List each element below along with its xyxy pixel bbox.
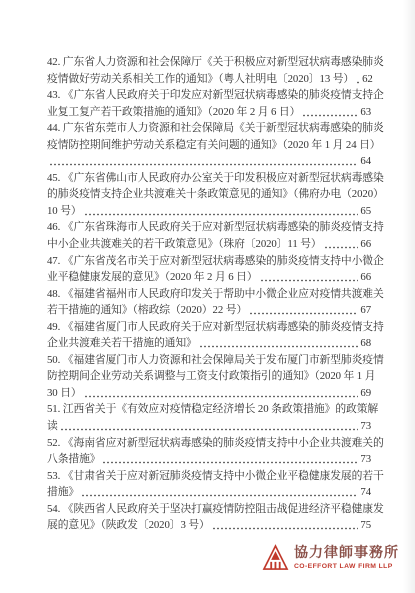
toc-line: 展的意见》（陕政发〔2020〕3 号）75 <box>47 517 371 534</box>
dot-leader <box>84 203 359 216</box>
page-number: 62 <box>362 71 373 88</box>
toc-line: 50. 《福建省厦门市人力资源和社会保障局关于发布厦门市新型肺炎疫情 <box>47 352 371 369</box>
dot-leader <box>302 104 358 117</box>
toc-line: 业复工复产若干政策措施的通知》（2020 年 2 月 6 日）63 <box>47 104 371 121</box>
page-number: 73 <box>360 451 371 468</box>
toc-line: 业平稳健康发展的意见》（2020 年 2 月 6 日）66 <box>47 269 371 286</box>
toc-line: 中小企业共渡难关的若干政策意见》（珠府〔2020〕11 号）66 <box>47 236 371 253</box>
toc-line: 30 日）69 <box>47 385 371 402</box>
toc-entry-text: 企业共渡难关若干措施的通知》 <box>47 335 197 352</box>
toc-entry-text: 47. 《广东省茂名市关于应对新型冠状病毒感染的肺炎疫情支持中小微企 <box>47 253 384 270</box>
document-page: 42. 广东省人力资源和社会保障厅《关于积极应对新型冠状病毒感染肺炎疫情做好劳动… <box>0 0 415 593</box>
toc-entry-text: 防控期间企业劳动关系调整与工资支付政策指引的通知》（2020 年 1 月 <box>47 368 375 385</box>
toc-entry-text: 读 <box>47 418 58 435</box>
toc-entry-text: 46. 《广东省珠海市人民政府关于应对新型冠状病毒感染的肺炎疫情支持 <box>47 219 384 236</box>
page-number: 65 <box>360 203 371 220</box>
dot-leader <box>84 385 359 398</box>
toc-line: 的肺炎疫情支持企业共渡难关十条政策意见的通知》（佛府办电（2020） <box>47 186 371 203</box>
toc-entry-text: 中小企业共渡难关的若干政策意见》（珠府〔2020〕11 号） <box>47 236 322 253</box>
page-number: 66 <box>360 269 371 286</box>
page-number: 69 <box>360 385 371 402</box>
toc-entry-text: 业复工复产若干政策措施的通知》（2020 年 2 月 6 日） <box>47 104 300 121</box>
toc-line: 54. 《陕西省人民政府关于坚决打赢疫情防控阻击战促进经济平稳健康发 <box>47 501 371 518</box>
dot-leader <box>324 236 359 249</box>
law-firm-logo: 協力律師事務所 CO-EFFORT LAW FIRM LLP <box>262 544 399 572</box>
toc-line: 52. 《海南省应对新型冠状病毒感染的肺炎疫情支持中小企业共渡难关的 <box>47 435 371 452</box>
dot-leader <box>260 269 359 282</box>
toc-entry-text: 八条措施》 <box>47 451 100 468</box>
toc-entry-text: 54. 《陕西省人民政府关于坚决打赢疫情防控阻击战促进经济平稳健康发 <box>47 501 384 518</box>
law-firm-name-en: CO-EFFORT LAW FIRM LLP <box>294 562 399 571</box>
toc-line: 10 号）65 <box>47 203 371 220</box>
toc-entry-text: 业平稳健康发展的意见》（2020 年 2 月 6 日） <box>47 269 258 286</box>
toc-entry-text: 51. 江西省关于《有效应对疫情稳定经济增长 20 条政策措施》的政策解 <box>47 401 378 418</box>
toc-line: 46. 《广东省珠海市人民政府关于应对新型冠状病毒感染的肺炎疫情支持 <box>47 219 371 236</box>
toc-entry-text: 52. 《海南省应对新型冠状病毒感染的肺炎疫情支持中小企业共渡难关的 <box>47 435 384 452</box>
toc-entry-text: 53. 《甘肃省关于应对新冠肺炎疫情支持中小微企业平稳健康发展的若干 <box>47 468 384 485</box>
dot-leader <box>81 484 358 497</box>
page-number: 75 <box>360 517 371 534</box>
dot-leader <box>356 71 360 84</box>
toc-line: 45. 《广东省佛山市人民政府办公室关于印发积极应对新型冠状病毒感染 <box>47 170 371 187</box>
toc-line: 措施》74 <box>47 484 371 501</box>
toc-entry-text: 42. 广东省人力资源和社会保障厅《关于积极应对新型冠状病毒感染肺炎 <box>47 54 384 71</box>
dot-leader <box>199 335 359 348</box>
toc-line: 48. 《福建省福州市人民政府印发关于帮助中小微企业应对疫情共渡难关 <box>47 286 371 303</box>
dot-leader <box>102 451 358 464</box>
dot-leader <box>249 302 358 315</box>
toc-line: 企业共渡难关若干措施的通知》68 <box>47 335 371 352</box>
page-number: 67 <box>360 302 371 319</box>
toc-entry-text: 45. 《广东省佛山市人民政府办公室关于印发积极应对新型冠状病毒感染 <box>47 170 384 187</box>
toc-entry-text: 48. 《福建省福州市人民政府印发关于帮助中小微企业应对疫情共渡难关 <box>47 286 384 303</box>
dot-leader <box>60 418 359 431</box>
page-number: 63 <box>360 104 371 121</box>
toc-entry-text: 的肺炎疫情支持企业共渡难关十条政策意见的通知》（佛府办电（2020） <box>47 186 384 203</box>
toc-entry-text: 50. 《福建省厦门市人力资源和社会保障局关于发布厦门市新型肺炎疫情 <box>47 352 384 369</box>
toc-line: 44. 广东省东莞市人力资源和社会保障局《关于新型冠状病毒感染的肺炎 <box>47 120 371 137</box>
toc-line: 51. 江西省关于《有效应对疫情稳定经济增长 20 条政策措施》的政策解 <box>47 401 371 418</box>
toc-line: 49. 《福建省厦门市人民政府关于应对新型冠状病毒感染的肺炎疫情支持 <box>47 319 371 336</box>
toc-line: 疫情防控期间维护劳动关系稳定有关问题的通知》（2020 年 1 月 24 日） <box>47 137 371 154</box>
toc-line: 47. 《广东省茂名市关于应对新型冠状病毒感染的肺炎疫情支持中小微企 <box>47 253 371 270</box>
toc-entry-text: 43. 《广东省人民政府关于印发应对新型冠状病毒感染的肺炎疫情支持企 <box>47 87 384 104</box>
page-number: 74 <box>360 484 371 501</box>
page-number: 68 <box>360 335 371 352</box>
toc-line: 53. 《甘肃省关于应对新冠肺炎疫情支持中小微企业平稳健康发展的若干 <box>47 468 371 485</box>
toc-entry-text: 展的意见》（陕政发〔2020〕3 号） <box>47 517 210 534</box>
toc-line: 防控期间企业劳动关系调整与工资支付政策指引的通知》（2020 年 1 月 <box>47 368 371 385</box>
toc-entry-text: 30 日） <box>47 385 82 402</box>
toc-line: 疫情做好劳动关系相关工作的通知》（粤人社明电〔2020〕13 号）62 <box>47 71 371 88</box>
page-number: 64 <box>360 153 371 170</box>
toc-line: 43. 《广东省人民政府关于印发应对新型冠状病毒感染的肺炎疫情支持企 <box>47 87 371 104</box>
toc-entry-text: 44. 广东省东莞市人力资源和社会保障局《关于新型冠状病毒感染的肺炎 <box>47 120 384 137</box>
page-number: 73 <box>360 418 371 435</box>
page-number: 66 <box>360 236 371 253</box>
toc-line: 64 <box>47 153 371 170</box>
toc-entry-text: 措施》 <box>47 484 79 501</box>
toc-line: 若干措施的通知》（榕政综（2020）22 号）67 <box>47 302 371 319</box>
toc-entry-text: 10 号） <box>47 203 82 220</box>
law-firm-logo-text: 協力律師事務所 CO-EFFORT LAW FIRM LLP <box>294 546 399 571</box>
toc-entry-text: 疫情做好劳动关系相关工作的通知》（粤人社明电〔2020〕13 号） <box>47 71 354 88</box>
law-firm-logo-icon <box>262 544 289 572</box>
toc-list: 42. 广东省人力资源和社会保障厅《关于积极应对新型冠状病毒感染肺炎疫情做好劳动… <box>47 54 371 534</box>
toc-entry-text: 若干措施的通知》（榕政综（2020）22 号） <box>47 302 247 319</box>
law-firm-name-zh: 協力律師事務所 <box>294 546 399 562</box>
dot-leader <box>49 153 358 166</box>
dot-leader <box>212 517 359 530</box>
toc-line: 读73 <box>47 418 371 435</box>
toc-entry-text: 疫情防控期间维护劳动关系稳定有关问题的通知》（2020 年 1 月 24 日） <box>47 137 381 154</box>
toc-line: 42. 广东省人力资源和社会保障厅《关于积极应对新型冠状病毒感染肺炎 <box>47 54 371 71</box>
toc-entry-text: 49. 《福建省厦门市人民政府关于应对新型冠状病毒感染的肺炎疫情支持 <box>47 319 384 336</box>
toc-line: 八条措施》73 <box>47 451 371 468</box>
